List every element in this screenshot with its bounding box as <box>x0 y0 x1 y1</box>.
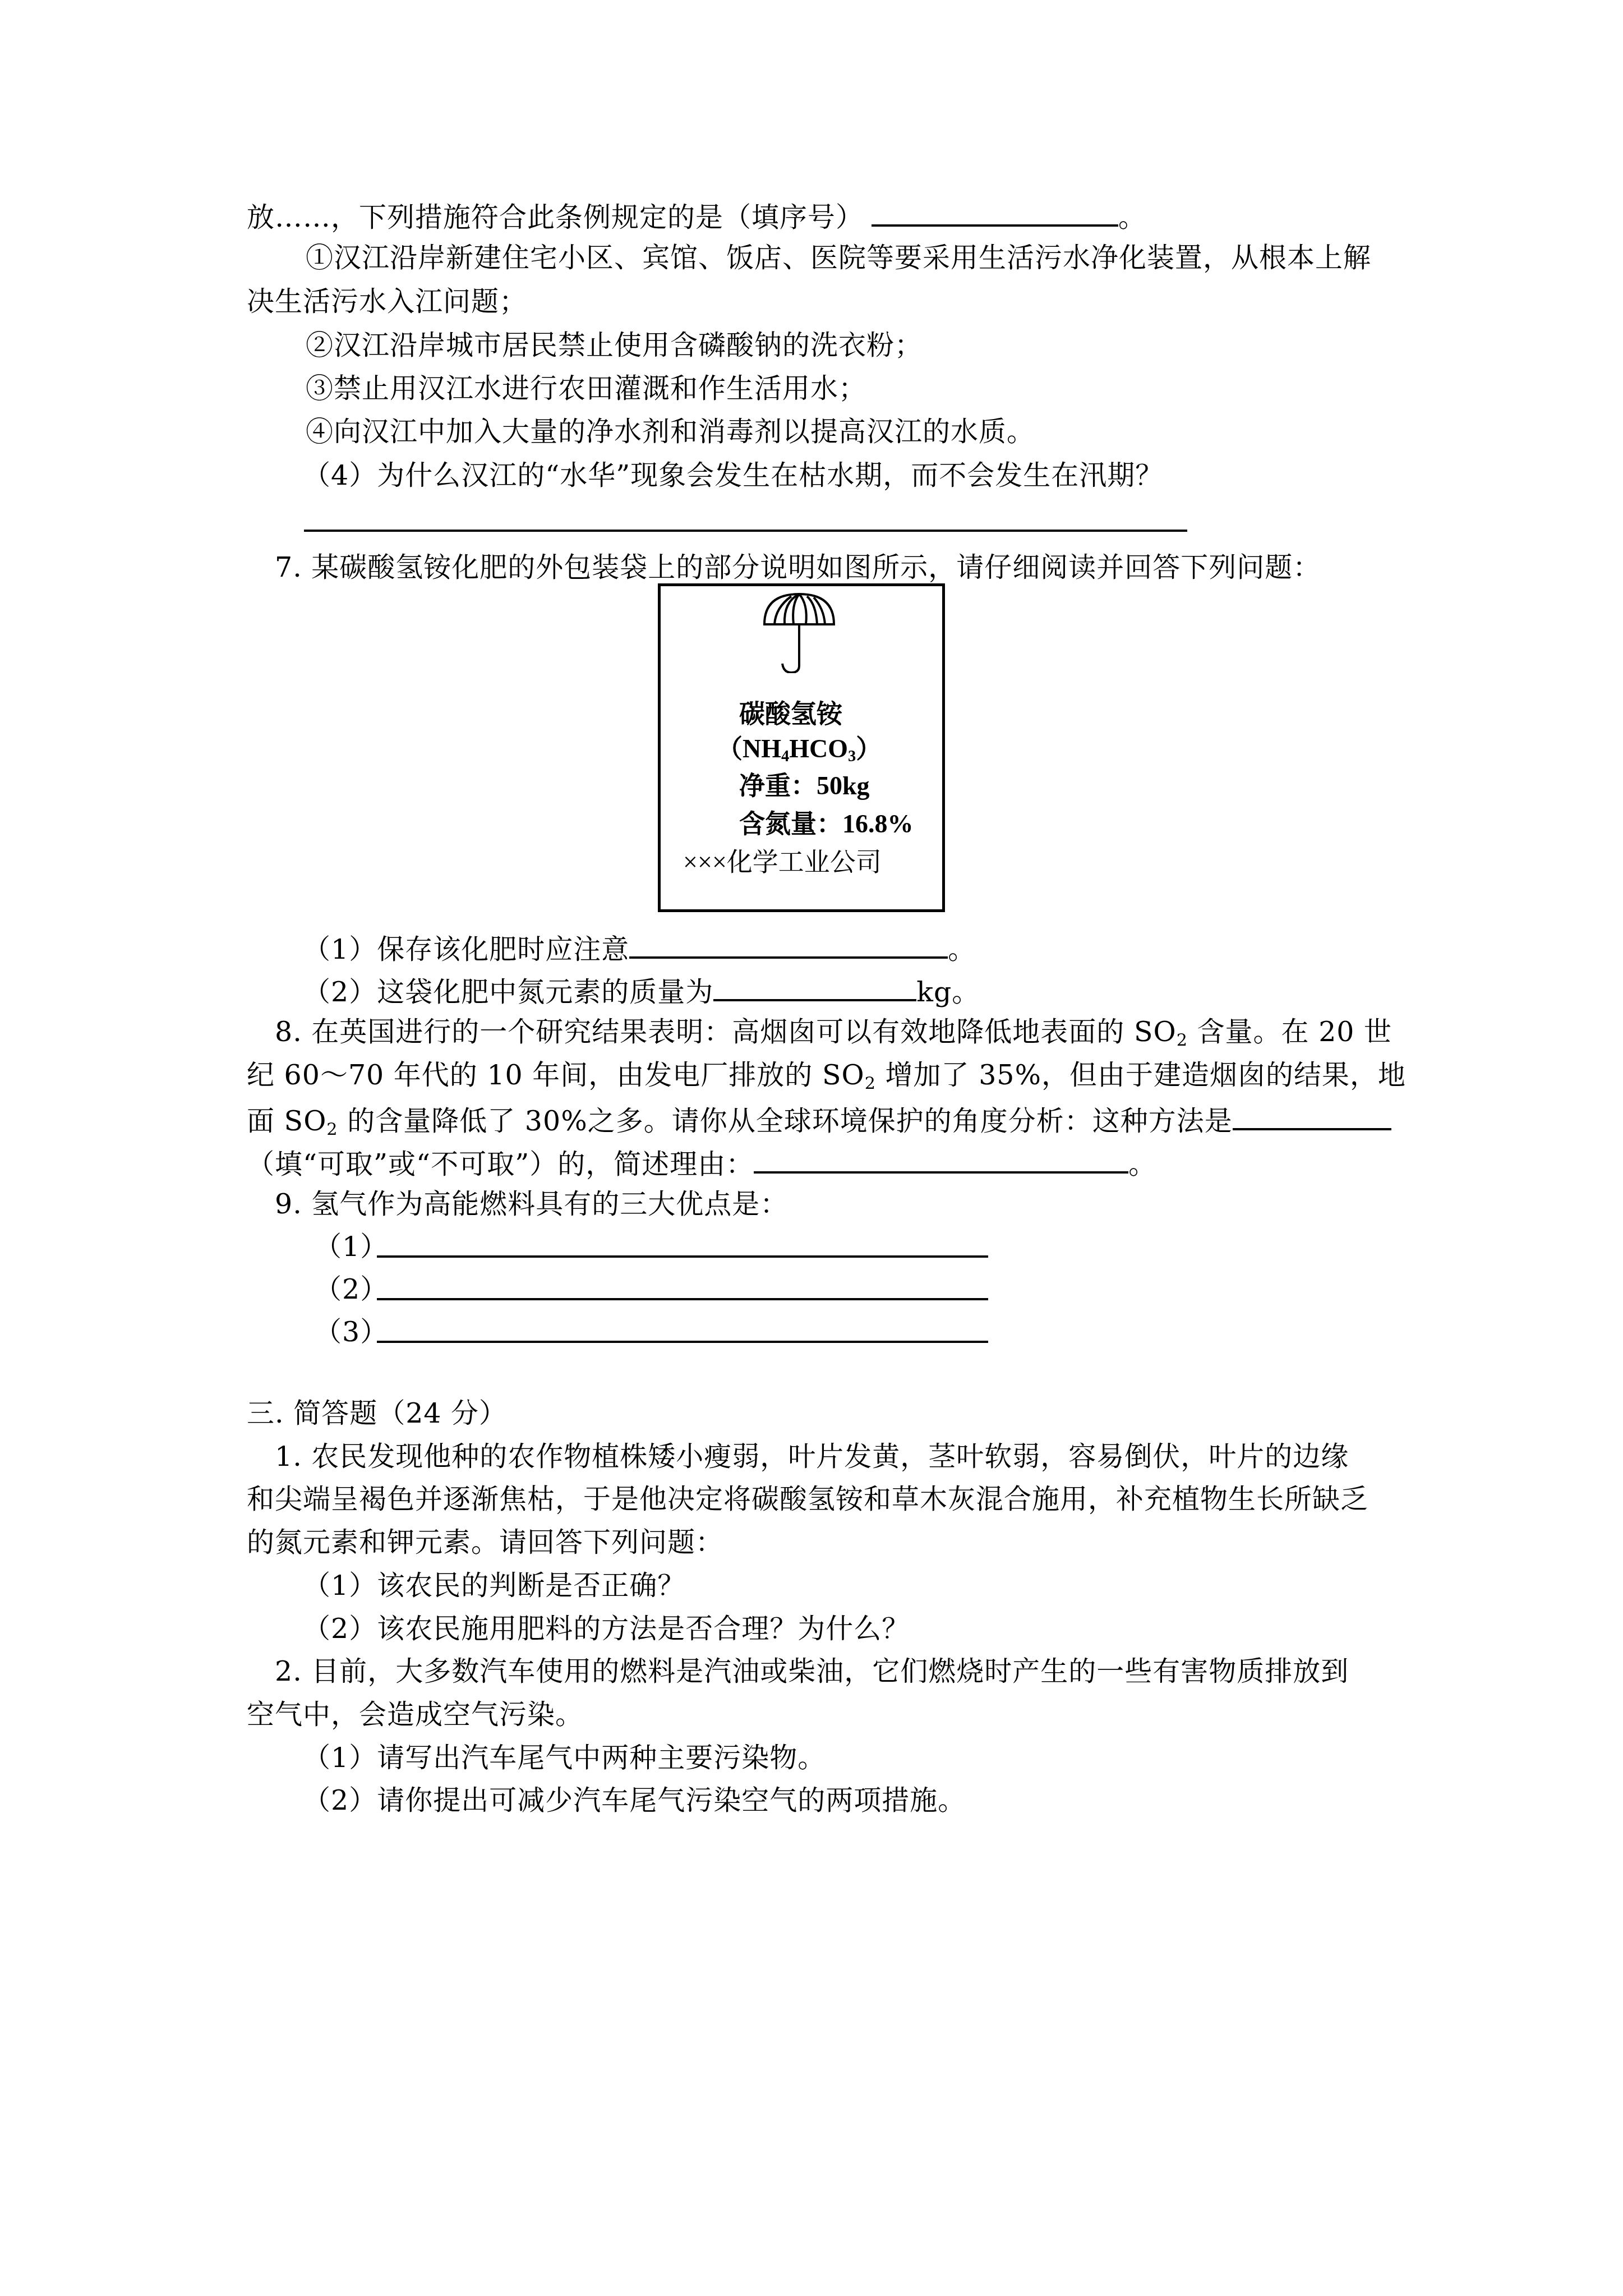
q6-intro-line: 放……，下列措施符合此条例规定的是（填序号）。 <box>247 197 1146 234</box>
q6-option-3: ③禁止用汉江水进行农田灌溉和作生活用水； <box>306 372 866 406</box>
s3-q2-sub2: （2）请你提出可减少汽车尾气污染空气的两项措施。 <box>303 1784 966 1818</box>
fertilizer-label: 碳酸氢铵 （NH4HCO3） 净重：50kg 含氮量：16.8% ×××化学工业… <box>658 583 945 912</box>
q9-item-3-answer-line[interactable] <box>377 1341 988 1343</box>
s3-q1-sub2: （2）该农民施用肥料的方法是否合理？为什么？ <box>303 1612 910 1646</box>
label-product-name: 碳酸氢铵 <box>739 698 842 730</box>
q9-item-1-answer-line[interactable] <box>377 1255 988 1258</box>
q9-item-1: （1） <box>314 1230 388 1264</box>
q6-answer-blank[interactable] <box>872 197 1118 227</box>
q6-option-2: ②汉江沿岸城市居民禁止使用含磷酸钠的洗衣粉； <box>306 329 923 362</box>
q6-sub4-answer-line[interactable] <box>304 530 1187 532</box>
q7-stem: 7. 某碳酸氢铵化肥的外包装袋上的部分说明如图所示，请仔细阅读并回答下列问题： <box>275 551 1321 585</box>
q6-option-1: ①汉江沿岸新建住宅小区、宾馆、饭店、医院等要采用生活污水净化装置，从根本上解 <box>306 241 1371 275</box>
q7-sub2-answer-blank[interactable] <box>713 972 916 1001</box>
label-formula: （NH4HCO3） <box>717 733 882 765</box>
q9-item-2-answer-line[interactable] <box>377 1298 988 1300</box>
q8-line-4: （填“可取”或“不可取”）的，简述理由：。 <box>247 1144 1156 1181</box>
s3-q1-line-2: 和尖端呈褐色并逐渐焦枯，于是他决定将碳酸氢铵和草木灰混合施用，补充植物生长所缺乏 <box>247 1483 1368 1516</box>
s3-q2-sub1: （1）请写出汽车尾气中两种主要污染物。 <box>303 1741 826 1775</box>
q8-line-3: 面 SO2 的含量降低了 30%之多。请你从全球环境保护的角度分析：这种方法是 <box>247 1101 1391 1138</box>
umbrella-icon <box>762 592 841 673</box>
q8-line-1: 8. 在英国进行的一个研究结果表明：高烟囱可以有效地降低地表面的 SO2 含量。… <box>275 1015 1392 1049</box>
q6-option-4: ④向汉江中加入大量的净水剂和消毒剂以提高汉江的水质。 <box>306 415 1035 449</box>
q6-option-1-cont: 决生活污水入江问题； <box>247 285 527 319</box>
s3-q1-sub1: （1）该农民的判断是否正确？ <box>303 1569 685 1603</box>
label-net-weight: 净重：50kg <box>739 770 870 802</box>
q7-sub1-answer-blank[interactable] <box>629 930 948 959</box>
q9-stem: 9. 氢气作为高能燃料具有的三大优点是： <box>275 1188 788 1221</box>
q6-sub4-question: （4）为什么汉江的“水华”现象会发生在枯水期，而不会发生在汛期？ <box>303 459 1163 493</box>
q8-line-2: 纪 60～70 年代的 10 年间，由发电厂排放的 SO2 增加了 35%，但由… <box>247 1059 1406 1092</box>
q9-item-2: （2） <box>314 1273 388 1306</box>
q7-sub1: （1）保存该化肥时应注意。 <box>303 930 976 967</box>
q6-intro-end: 。 <box>1118 201 1146 233</box>
label-nitrogen-content: 含氮量：16.8% <box>739 808 914 840</box>
s3-q1-line-3: 的氮元素和钾元素。请回答下列问题： <box>247 1526 723 1559</box>
s3-q2-line-2: 空气中，会造成空气污染。 <box>247 1698 583 1732</box>
q8-acceptability-blank[interactable] <box>1233 1101 1391 1130</box>
s3-q2-line-1: 2. 目前，大多数汽车使用的燃料是汽油或柴油，它们燃烧时产生的一些有害物质排放到 <box>275 1655 1349 1688</box>
q6-intro-text: 放……，下列措施符合此条例规定的是（填序号） <box>247 201 864 233</box>
q7-sub2: （2）这袋化肥中氮元素的质量为kg。 <box>303 972 980 1009</box>
s3-q1-line-1: 1. 农民发现他种的农作物植株矮小瘦弱，叶片发黄，茎叶软弱，容易倒伏，叶片的边缘 <box>275 1440 1349 1474</box>
q8-reason-blank[interactable] <box>754 1144 1128 1174</box>
q9-item-3: （3） <box>314 1315 388 1349</box>
label-company: ×××化学工业公司 <box>683 846 882 878</box>
section-3-heading: 三. 简答题（24 分） <box>247 1397 507 1430</box>
